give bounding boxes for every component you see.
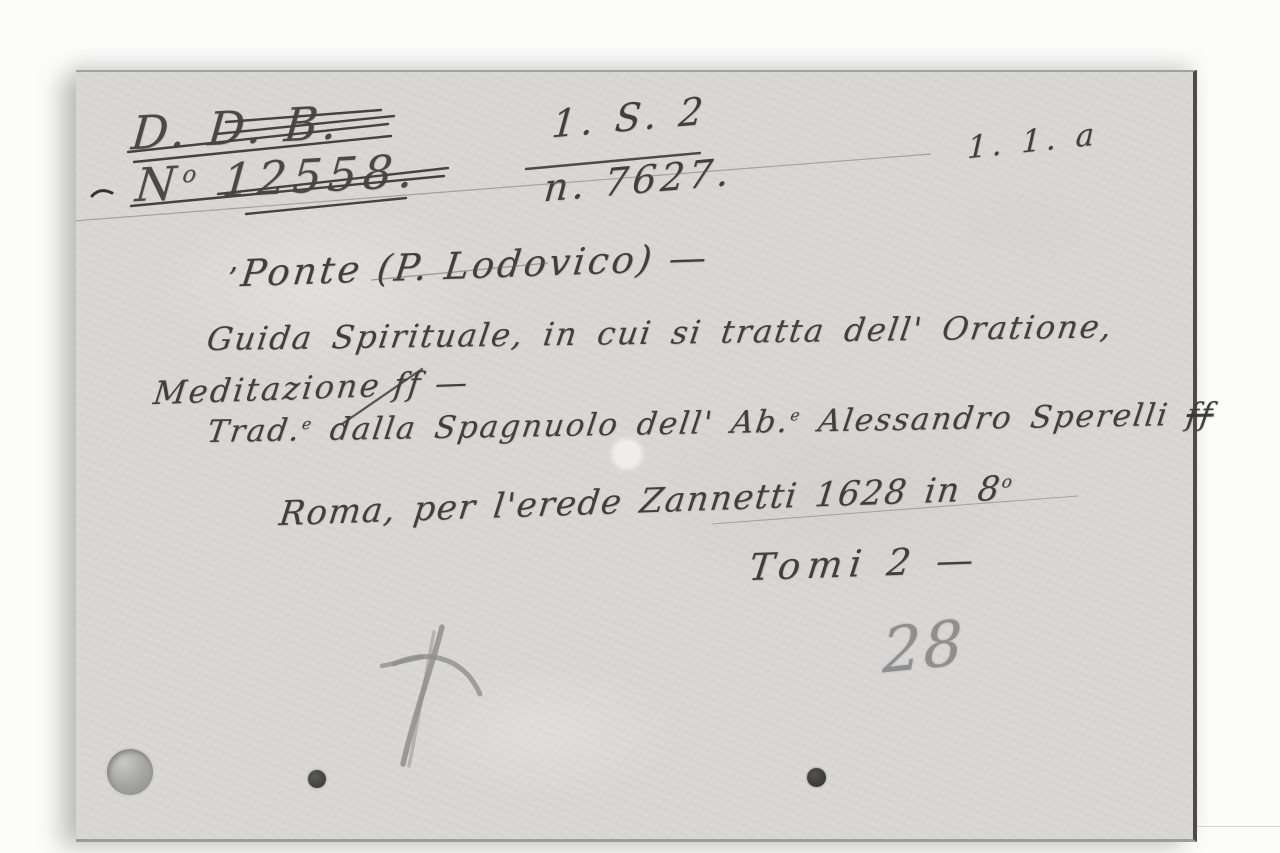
translation-p1: Trad.	[205, 412, 304, 450]
translation-struck-ff: ff	[1184, 396, 1216, 433]
punch-hole-small-left	[308, 770, 326, 788]
entry-volumes-line: Tomi 2 —	[747, 538, 983, 589]
cancelled-shelfmark-line2-main: N	[133, 156, 184, 213]
ink-tick-left-edge	[92, 191, 112, 196]
entry-title-line1: Guida Spirituale, in cui si tratta dell'…	[205, 307, 1116, 358]
cancelled-shelfmark-line2-sup: o	[181, 161, 203, 188]
punch-hole-large	[107, 749, 153, 795]
punch-hole-small-right	[807, 768, 826, 787]
entry-heading-author: Ponte (P. Lodovico) —	[239, 236, 712, 296]
heading-tick-mark: ’	[228, 262, 238, 297]
pencil-f-mark	[382, 627, 480, 766]
translation-p3: Alessandro Sperelli	[798, 397, 1189, 440]
imprint-main: Roma, per l'erede Zannetti 1628 in 8	[277, 469, 1003, 534]
scanned-page: D. D. B. No 12558. 1. S. 2 n. 7627. 1. 1…	[0, 0, 1280, 853]
entry-title-line2: Meditazione ff —	[151, 363, 472, 412]
cancelled-shelfmark-line2-rest: 12558.	[199, 143, 421, 209]
scanner-artifact-line	[1197, 826, 1280, 827]
pencil-number-annotation: 28	[882, 605, 964, 687]
entry-imprint-line: Roma, per l'erede Zannetti 1628 in 8o	[277, 468, 1015, 534]
paper-flaw-hole	[614, 441, 640, 467]
collocation-mark: 1. 1. a	[967, 116, 1100, 166]
shelfmark-top: 1. S. 2	[550, 88, 710, 146]
catalog-card: D. D. B. No 12558. 1. S. 2 n. 7627. 1. 1…	[76, 70, 1197, 842]
imprint-format-sup: o	[1001, 472, 1015, 493]
shelfmark-bottom: n. 7627.	[542, 149, 735, 210]
translation-p2: dalla Spagnuolo dell' Ab.	[310, 404, 792, 448]
